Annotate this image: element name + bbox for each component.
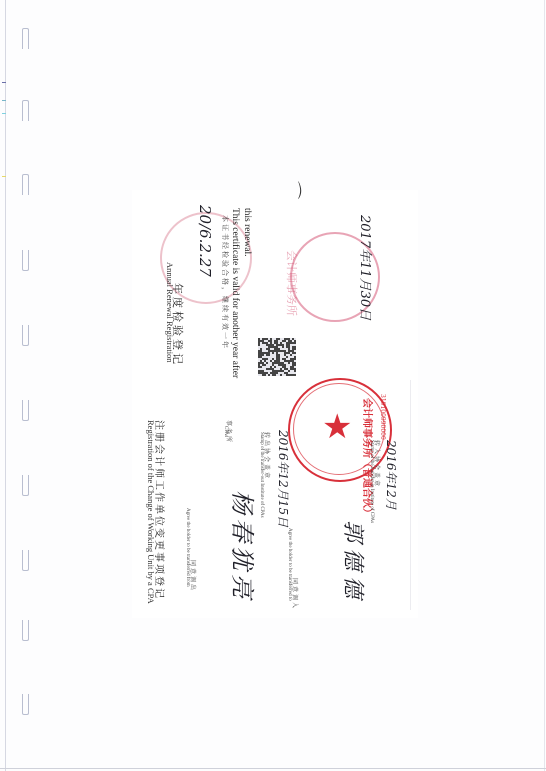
signature-transfer-in: 郭德德: [339, 520, 370, 604]
scan-edge-mark: [2, 176, 6, 177]
certificate-sheet-edge: [410, 380, 411, 610]
binder-hole-mark: [22, 620, 29, 641]
red-stamp-number: 310100990000: [379, 394, 386, 440]
binder-hole-mark: [22, 100, 29, 121]
stamp-transfer-in-en: Stamp of the transfer-in Institute of CP…: [369, 440, 374, 523]
star-icon: ★: [322, 410, 352, 444]
signature-transfer-out: 杨春犹亮: [227, 490, 262, 602]
page-border-right: [544, 0, 545, 771]
annual-renewal-body-en-1: This certificate is valid for another ye…: [230, 208, 240, 378]
page-border-left: [5, 0, 6, 771]
binder-hole-mark: [22, 475, 29, 496]
agree-out-en: Agree the holder to be transferred from: [185, 508, 190, 587]
binder-hole-mark: [22, 400, 29, 421]
binder-hole-mark: [22, 694, 29, 715]
agree-in-en: Agree the holder to be transferred to: [287, 528, 292, 601]
annual-renewal-handwritten-date: 20/6.2.27: [196, 205, 214, 277]
scan-edge-mark: [2, 113, 6, 114]
handwritten-date-transfer-in: 2016年12月: [383, 440, 400, 510]
agree-in-cn: 同意调入: [291, 578, 300, 610]
annual-renewal-stamp-text: 会计师事务所: [284, 250, 300, 316]
page-border-bottom: [0, 768, 546, 769]
scanned-page: 年度检验登记 Annual Renewal Registration 20/6.…: [0, 0, 546, 771]
agree-out-cn: 同意调出: [189, 560, 198, 592]
stamp-transfer-out-en: Stamp of the transfer-out Institute of C…: [259, 432, 264, 518]
change-unit-title-en: Registration of the Change of Working Un…: [146, 420, 156, 604]
stamp-transfer-in-cn: 转入协会盖章: [373, 440, 382, 488]
qr-code: [258, 338, 296, 376]
pen-mark: ⌒: [280, 178, 306, 196]
annual-renewal-title-en: Annual Renewal Registration: [165, 262, 175, 363]
binder-hole-mark: [22, 28, 29, 49]
binder-hole-mark: [22, 550, 29, 571]
annual-renewal-body-cn: 本证书经检验合格，继续有效一年: [220, 215, 230, 350]
scan-edge-mark: [2, 82, 6, 83]
binder-hole-mark: [22, 174, 29, 195]
annual-renewal-body-en-2: this renewal.: [242, 208, 252, 257]
annual-renewal-handwritten-date-bottom: 2017年11月30日: [357, 215, 376, 320]
stamp-transfer-out-cn: 转出协会盖章: [263, 432, 272, 480]
binder-hole-mark: [22, 325, 29, 346]
cpa-label-en: CPAs: [223, 426, 228, 437]
binder-hole-mark: [22, 250, 29, 271]
scan-edge-mark: [2, 100, 6, 101]
